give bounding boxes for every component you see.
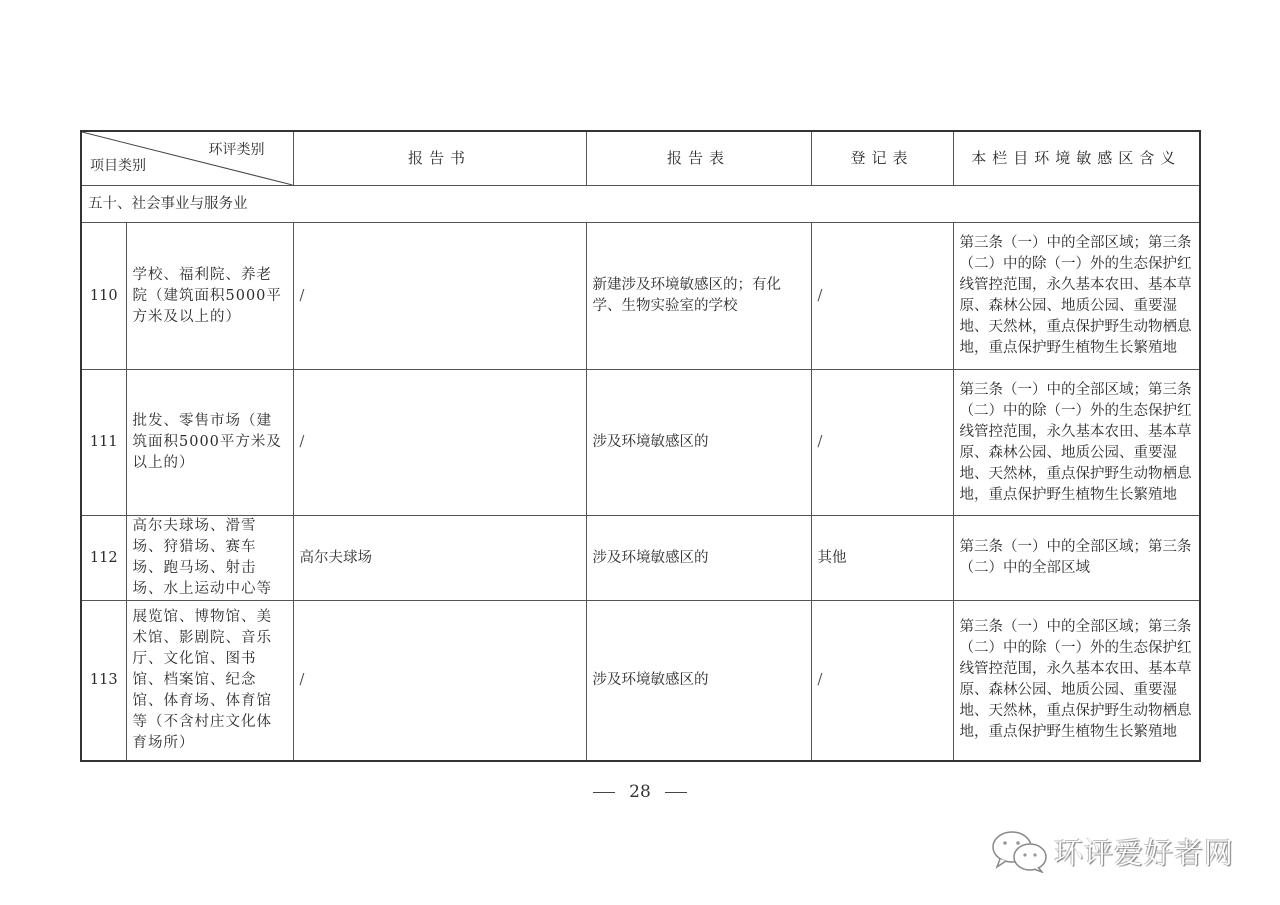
eia-category-label: 环评类别 <box>209 140 265 161</box>
table-row: 110 学校、福利院、养老院（建筑面积5000平方米及以上的） / 新建涉及环境… <box>81 223 1200 370</box>
registration-cell: / <box>811 601 953 761</box>
page-number-value: 28 <box>629 782 651 802</box>
report-form-cell: 新建涉及环境敏感区的；有化学、生物实验室的学校 <box>586 223 811 370</box>
report-book-cell: / <box>293 601 586 761</box>
project-name: 批发、零售市场（建筑面积5000平方米及以上的） <box>126 370 293 516</box>
row-number: 113 <box>81 601 126 761</box>
dash-right <box>665 792 687 793</box>
col-header-registration: 登记表 <box>811 131 953 186</box>
section-row: 五十、社会事业与服务业 <box>81 186 1200 223</box>
section-title: 五十、社会事业与服务业 <box>81 186 1200 223</box>
report-book-cell: / <box>293 370 586 516</box>
table-header-row: 环评类别 项目类别 报告书 报告表 登记表 本栏目环境敏感区含义 <box>81 131 1200 186</box>
project-name: 展览馆、博物馆、美术馆、影剧院、音乐厅、文化馆、图书馆、档案馆、纪念馆、体育场、… <box>126 601 293 761</box>
row-number: 111 <box>81 370 126 516</box>
watermark: 环评爱好者网 <box>990 826 1234 876</box>
col-header-report-book: 报告书 <box>293 131 586 186</box>
sensitive-area-cell: 第三条（一）中的全部区域；第三条（二）中的除（一）外的生态保护红线管控范围，永久… <box>953 223 1200 370</box>
row-number: 112 <box>81 516 126 601</box>
page-number: 28 <box>0 782 1280 802</box>
project-category-label: 项目类别 <box>90 156 146 177</box>
watermark-text: 环评爱好者网 <box>1054 831 1234 872</box>
project-name: 高尔夫球场、滑雪场、狩猎场、赛车场、跑马场、射击场、水上运动中心等 <box>126 516 293 601</box>
sensitive-area-cell: 第三条（一）中的全部区域；第三条（二）中的除（一）外的生态保护红线管控范围，永久… <box>953 601 1200 761</box>
wechat-icon <box>990 829 1050 873</box>
eia-classification-table: 环评类别 项目类别 报告书 报告表 登记表 本栏目环境敏感区含义 五十、社会事业… <box>80 130 1201 762</box>
col-header-report-form: 报告表 <box>586 131 811 186</box>
document-page: 环评类别 项目类别 报告书 报告表 登记表 本栏目环境敏感区含义 五十、社会事业… <box>0 0 1280 905</box>
table-row: 113 展览馆、博物馆、美术馆、影剧院、音乐厅、文化馆、图书馆、档案馆、纪念馆、… <box>81 601 1200 761</box>
report-book-cell: 高尔夫球场 <box>293 516 586 601</box>
table-row: 112 高尔夫球场、滑雪场、狩猎场、赛车场、跑马场、射击场、水上运动中心等 高尔… <box>81 516 1200 601</box>
registration-cell: / <box>811 370 953 516</box>
registration-cell: / <box>811 223 953 370</box>
dash-left <box>593 792 615 793</box>
report-form-cell: 涉及环境敏感区的 <box>586 370 811 516</box>
project-name: 学校、福利院、养老院（建筑面积5000平方米及以上的） <box>126 223 293 370</box>
report-form-cell: 涉及环境敏感区的 <box>586 601 811 761</box>
row-number: 110 <box>81 223 126 370</box>
report-form-cell: 涉及环境敏感区的 <box>586 516 811 601</box>
sensitive-area-cell: 第三条（一）中的全部区域；第三条（二）中的全部区域 <box>953 516 1200 601</box>
sensitive-area-cell: 第三条（一）中的全部区域；第三条（二）中的除（一）外的生态保护红线管控范围，永久… <box>953 370 1200 516</box>
registration-cell: 其他 <box>811 516 953 601</box>
col-header-sensitive-area: 本栏目环境敏感区含义 <box>953 131 1200 186</box>
table-row: 111 批发、零售市场（建筑面积5000平方米及以上的） / 涉及环境敏感区的 … <box>81 370 1200 516</box>
diagonal-header-cell: 环评类别 项目类别 <box>81 131 293 186</box>
report-book-cell: / <box>293 223 586 370</box>
